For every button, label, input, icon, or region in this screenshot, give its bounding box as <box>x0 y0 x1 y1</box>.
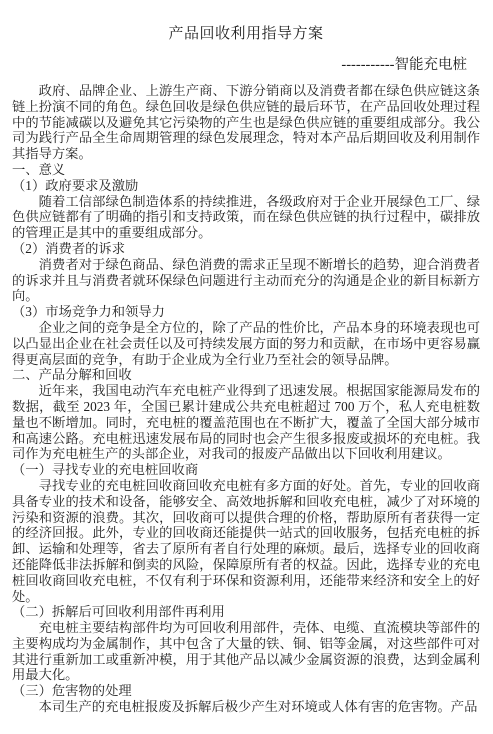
body-paragraph: 政府、品牌企业、上游生产商、下游分销商以及消费者都在绿色供应链这条链上扮演不同的… <box>12 83 480 162</box>
body-paragraph: 近年来，我国电动汽车充电桩产业得到了迅速发展。根据国家能源局发布的数据，截至 2… <box>12 383 480 462</box>
body-paragraph: 企业之间的竞争是全方位的，除了产品的性价比，产品本身的环境表现也可以凸显出企业在… <box>12 320 480 367</box>
document-subtitle: -----------智能充电桩 <box>12 57 480 73</box>
section-subheading: （1）政府要求及激励 <box>12 178 480 194</box>
document-body: 政府、品牌企业、上游生产商、下游分销商以及消费者都在绿色供应链这条链上扮演不同的… <box>12 83 480 715</box>
document-title: 产品回收利用指导方案 <box>12 26 480 42</box>
section-subheading: （3）市场竞争力和领导力 <box>12 304 480 320</box>
body-paragraph: 随着工信部绿色制造体系的持续推进，各级政府对于企业开展绿色工厂、绿色供应链都有了… <box>12 194 480 241</box>
section-subheading: （三）危害物的处理 <box>12 683 480 699</box>
section-heading: 二、产品分解和回收 <box>12 367 480 383</box>
section-subheading: （一）寻找专业的充电桩回收商 <box>12 462 480 478</box>
body-paragraph: 寻找专业的充电桩回收商回收充电桩有多方面的好处。首先，专业的回收商具备专业的技术… <box>12 478 480 604</box>
section-heading: 一、意义 <box>12 162 480 178</box>
body-paragraph: 消费者对于绿色商品、绿色消费的需求正呈现不断增长的趋势，迎合消费者的诉求并且与消… <box>12 257 480 304</box>
document-page: 产品回收利用指导方案 -----------智能充电桩 政府、品牌企业、上游生产… <box>0 0 493 734</box>
body-paragraph: 充电桩主要结构部件均为可回收利用部件，壳体、电缆、直流模块等部件的主要构成均为金… <box>12 620 480 683</box>
section-subheading: （二）拆解后可回收利用部件再利用 <box>12 604 480 620</box>
body-paragraph: 本司生产的充电桩报废及拆解后极少产生对环境或人体有害的危害物。产品 <box>12 699 480 715</box>
section-subheading: （2）消费者的诉求 <box>12 241 480 257</box>
